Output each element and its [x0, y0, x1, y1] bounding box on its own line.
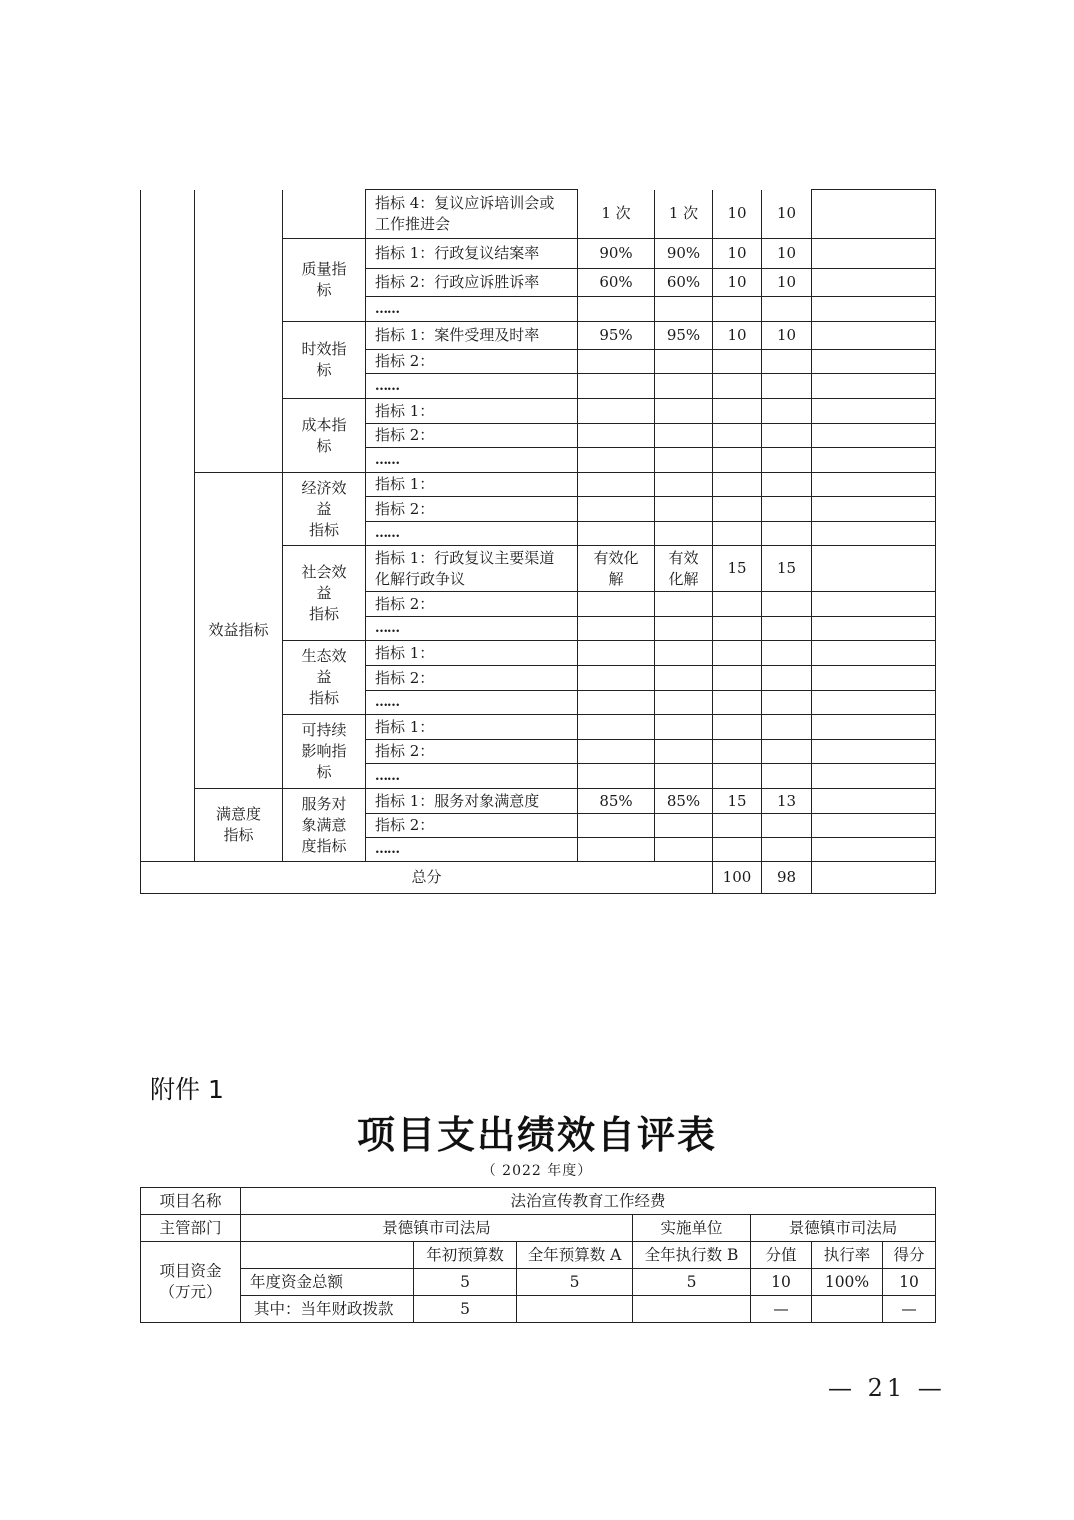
- weight-cell: 15: [713, 789, 762, 814]
- table-row: 指标 4：复议应诉培训会或工作推进会 1 次 1 次 10 10: [141, 190, 936, 239]
- cell: 5: [633, 1269, 751, 1296]
- cell: 5: [414, 1269, 517, 1296]
- weight-cell: [713, 666, 762, 691]
- note-cell: [812, 641, 936, 666]
- row-label: 其中：当年财政拨款: [241, 1296, 414, 1323]
- weight-cell: [713, 350, 762, 374]
- weight-cell: [713, 691, 762, 715]
- total-row: 总分 100 98: [141, 862, 936, 894]
- note-cell: [812, 350, 936, 374]
- actual-cell: [655, 814, 713, 838]
- target-cell: [578, 691, 655, 715]
- score-cell: [762, 814, 812, 838]
- actual-cell: [655, 838, 713, 862]
- performance-indicator-table: 指标 4：复议应诉培训会或工作推进会 1 次 1 次 10 10 质量指标 指标…: [140, 189, 936, 894]
- weight-cell: [713, 740, 762, 764]
- subgroup-cell-timeliness: 时效指标: [283, 322, 366, 399]
- note-cell: [812, 666, 936, 691]
- subgroup-cell-ecological: 生态效益指标: [283, 641, 366, 715]
- weight-cell: [713, 374, 762, 399]
- group-cell-output: [195, 190, 283, 473]
- actual-cell: [655, 617, 713, 641]
- cell: 100%: [812, 1269, 883, 1296]
- target-cell: [578, 374, 655, 399]
- weight-cell: 10: [713, 322, 762, 350]
- subgroup-cell-social: 社会效益指标: [283, 546, 366, 641]
- target-cell: [578, 473, 655, 497]
- weight-cell: [713, 592, 762, 617]
- note-cell: [812, 814, 936, 838]
- annex-label: 附件 1: [150, 1070, 224, 1106]
- weight-cell: [713, 814, 762, 838]
- target-cell: [578, 350, 655, 374]
- score-cell: [762, 350, 812, 374]
- note-cell: [812, 190, 936, 239]
- note-cell: [812, 424, 936, 448]
- column-header: 得分: [883, 1242, 936, 1269]
- note-cell: [812, 789, 936, 814]
- actual-cell: 60%: [655, 269, 713, 297]
- table-row: 年度资金总额 5 5 5 10 100% 10: [141, 1269, 936, 1296]
- indicator-cell: ……: [366, 764, 578, 789]
- indicator-cell: 指标 1：: [366, 715, 578, 740]
- indicator-cell: ……: [366, 374, 578, 399]
- indicator-cell: 指标 2：: [366, 424, 578, 448]
- score-cell: [762, 691, 812, 715]
- note-cell: [812, 764, 936, 789]
- weight-cell: 15: [713, 546, 762, 592]
- actual-cell: [655, 424, 713, 448]
- actual-cell: [655, 448, 713, 473]
- actual-cell: [655, 473, 713, 497]
- indicator-cell: 指标 1：: [366, 399, 578, 424]
- weight-cell: [713, 448, 762, 473]
- weight-cell: [713, 764, 762, 789]
- department-row: 主管部门 景德镇市司法局 实施单位 景德镇市司法局: [141, 1215, 936, 1242]
- score-cell: 13: [762, 789, 812, 814]
- column-header: 执行率: [812, 1242, 883, 1269]
- note-cell: [812, 297, 936, 322]
- indicator-cell: 指标 2：: [366, 350, 578, 374]
- dept-label: 主管部门: [141, 1215, 241, 1242]
- note-cell: [812, 617, 936, 641]
- score-cell: [762, 641, 812, 666]
- cell: 10: [883, 1269, 936, 1296]
- indicator-cell: 指标 1：服务对象满意度: [366, 789, 578, 814]
- row-label: 年度资金总额: [241, 1269, 414, 1296]
- weight-cell: [713, 838, 762, 862]
- target-cell: [578, 297, 655, 322]
- target-cell: 85%: [578, 789, 655, 814]
- score-cell: 10: [762, 190, 812, 239]
- score-cell: [762, 473, 812, 497]
- target-cell: [578, 617, 655, 641]
- target-cell: [578, 814, 655, 838]
- indicator-cell: 指标 1：行政复议主要渠道化解行政争议: [366, 546, 578, 592]
- note-cell: [812, 239, 936, 269]
- indicator-cell: 指标 1：案件受理及时率: [366, 322, 578, 350]
- score-cell: [762, 297, 812, 322]
- indicator-cell: ……: [366, 448, 578, 473]
- score-cell: [762, 764, 812, 789]
- subgroup-cell-economic: 经济效益指标: [283, 473, 366, 546]
- target-cell: [578, 641, 655, 666]
- actual-cell: [655, 740, 713, 764]
- target-cell: [578, 399, 655, 424]
- target-cell: [578, 424, 655, 448]
- target-cell: [578, 592, 655, 617]
- indicator-cell: ……: [366, 297, 578, 322]
- total-weight: 100: [713, 862, 762, 894]
- dept-value: 景德镇市司法局: [241, 1215, 633, 1242]
- impl-value: 景德镇市司法局: [751, 1215, 936, 1242]
- target-cell: 90%: [578, 239, 655, 269]
- weight-cell: [713, 297, 762, 322]
- cell: 5: [517, 1269, 633, 1296]
- impl-label: 实施单位: [633, 1215, 751, 1242]
- note-cell: [812, 522, 936, 546]
- category-cell: [141, 190, 195, 862]
- note-cell: [812, 473, 936, 497]
- score-cell: [762, 715, 812, 740]
- target-cell: [578, 497, 655, 522]
- target-cell: [578, 448, 655, 473]
- project-expenditure-table: 项目名称 法治宣传教育工作经费 主管部门 景德镇市司法局 实施单位 景德镇市司法…: [140, 1187, 936, 1323]
- project-name-row: 项目名称 法治宣传教育工作经费: [141, 1188, 936, 1215]
- actual-cell: [655, 374, 713, 399]
- weight-cell: [713, 473, 762, 497]
- funds-label: 项目资金（万元）: [141, 1242, 241, 1323]
- page-title: 项目支出绩效自评表: [0, 1104, 1074, 1159]
- cell: [517, 1296, 633, 1323]
- weight-cell: [713, 715, 762, 740]
- score-cell: [762, 399, 812, 424]
- cell: 10: [751, 1269, 812, 1296]
- weight-cell: [713, 617, 762, 641]
- actual-cell: 有效化解: [655, 546, 713, 592]
- note-cell: [812, 740, 936, 764]
- target-cell: [578, 522, 655, 546]
- weight-cell: [713, 399, 762, 424]
- column-header: 全年预算数 A: [517, 1242, 633, 1269]
- actual-cell: [655, 666, 713, 691]
- actual-cell: [655, 497, 713, 522]
- indicator-cell: ……: [366, 617, 578, 641]
- target-cell: 有效化解: [578, 546, 655, 592]
- note-cell: [812, 448, 936, 473]
- target-cell: [578, 715, 655, 740]
- score-cell: [762, 424, 812, 448]
- score-cell: [762, 374, 812, 399]
- note-cell: [812, 374, 936, 399]
- actual-cell: [655, 350, 713, 374]
- note-cell: [812, 691, 936, 715]
- target-cell: [578, 740, 655, 764]
- subgroup-cell-cost: 成本指标: [283, 399, 366, 473]
- weight-cell: [713, 522, 762, 546]
- actual-cell: 1 次: [655, 190, 713, 239]
- actual-cell: [655, 715, 713, 740]
- actual-cell: [655, 522, 713, 546]
- note-cell: [812, 838, 936, 862]
- note-cell: [812, 497, 936, 522]
- score-cell: [762, 522, 812, 546]
- column-header: 年初预算数: [414, 1242, 517, 1269]
- cell: 5: [414, 1296, 517, 1323]
- weight-cell: [713, 641, 762, 666]
- target-cell: [578, 838, 655, 862]
- weight-cell: [713, 497, 762, 522]
- score-cell: [762, 617, 812, 641]
- indicator-cell: ……: [366, 522, 578, 546]
- score-cell: [762, 592, 812, 617]
- indicator-cell: 指标 1：行政复议结案率: [366, 239, 578, 269]
- indicator-cell: 指标 2：: [366, 666, 578, 691]
- column-header: [241, 1242, 414, 1269]
- score-cell: [762, 666, 812, 691]
- weight-cell: 10: [713, 239, 762, 269]
- subgroup-cell-service-satisfaction: 服务对象满意度指标: [283, 789, 366, 862]
- table-row: 效益指标 经济效益指标 指标 1：: [141, 473, 936, 497]
- subgroup-cell-quantity: [283, 190, 366, 239]
- cell: —: [751, 1296, 812, 1323]
- page-number: — 21 —: [828, 1374, 946, 1402]
- cell: [633, 1296, 751, 1323]
- indicator-cell: ……: [366, 691, 578, 715]
- total-score: 98: [762, 862, 812, 894]
- indicator-cell: 指标 2：: [366, 592, 578, 617]
- actual-cell: [655, 691, 713, 715]
- indicator-cell: 指标 1：: [366, 641, 578, 666]
- indicator-cell: 指标 2：: [366, 740, 578, 764]
- note-cell: [812, 399, 936, 424]
- note-cell: [812, 322, 936, 350]
- score-cell: 15: [762, 546, 812, 592]
- cell: [812, 1296, 883, 1323]
- note-cell: [812, 715, 936, 740]
- subgroup-cell-quality: 质量指标: [283, 239, 366, 322]
- column-header: 全年执行数 B: [633, 1242, 751, 1269]
- note-cell: [812, 269, 936, 297]
- weight-cell: 10: [713, 190, 762, 239]
- group-cell-satisfaction: 满意度指标: [195, 789, 283, 862]
- actual-cell: [655, 641, 713, 666]
- score-cell: 10: [762, 239, 812, 269]
- score-cell: [762, 497, 812, 522]
- actual-cell: [655, 592, 713, 617]
- target-cell: 95%: [578, 322, 655, 350]
- target-cell: 60%: [578, 269, 655, 297]
- actual-cell: [655, 399, 713, 424]
- indicator-cell: 指标 2：: [366, 497, 578, 522]
- fiscal-year: （ 2022 年度）: [0, 1160, 1074, 1180]
- score-cell: [762, 448, 812, 473]
- indicator-cell: ……: [366, 838, 578, 862]
- project-name-label: 项目名称: [141, 1188, 241, 1215]
- note-cell: [812, 546, 936, 592]
- funds-header-row: 项目资金（万元） 年初预算数 全年预算数 A 全年执行数 B 分值 执行率 得分: [141, 1242, 936, 1269]
- actual-cell: 95%: [655, 322, 713, 350]
- actual-cell: 85%: [655, 789, 713, 814]
- score-cell: [762, 838, 812, 862]
- column-header: 分值: [751, 1242, 812, 1269]
- indicator-cell: 指标 2：行政应诉胜诉率: [366, 269, 578, 297]
- actual-cell: [655, 297, 713, 322]
- table-row: 其中：当年财政拨款 5 — —: [141, 1296, 936, 1323]
- score-cell: 10: [762, 269, 812, 297]
- subgroup-cell-sustainable: 可持续影响指标: [283, 715, 366, 789]
- indicator-cell: 指标 2：: [366, 814, 578, 838]
- group-cell-benefit: 效益指标: [195, 473, 283, 789]
- target-cell: [578, 666, 655, 691]
- target-cell: 1 次: [578, 190, 655, 239]
- total-label: 总分: [141, 862, 713, 894]
- score-cell: 10: [762, 322, 812, 350]
- cell: —: [883, 1296, 936, 1323]
- target-cell: [578, 764, 655, 789]
- score-cell: [762, 740, 812, 764]
- weight-cell: 10: [713, 269, 762, 297]
- total-note: [812, 862, 936, 894]
- note-cell: [812, 592, 936, 617]
- table-row: 满意度指标 服务对象满意度指标 指标 1：服务对象满意度 85% 85% 15 …: [141, 789, 936, 814]
- indicator-cell: 指标 1：: [366, 473, 578, 497]
- actual-cell: 90%: [655, 239, 713, 269]
- actual-cell: [655, 764, 713, 789]
- weight-cell: [713, 424, 762, 448]
- indicator-cell: 指标 4：复议应诉培训会或工作推进会: [366, 190, 578, 239]
- project-name-value: 法治宣传教育工作经费: [241, 1188, 936, 1215]
